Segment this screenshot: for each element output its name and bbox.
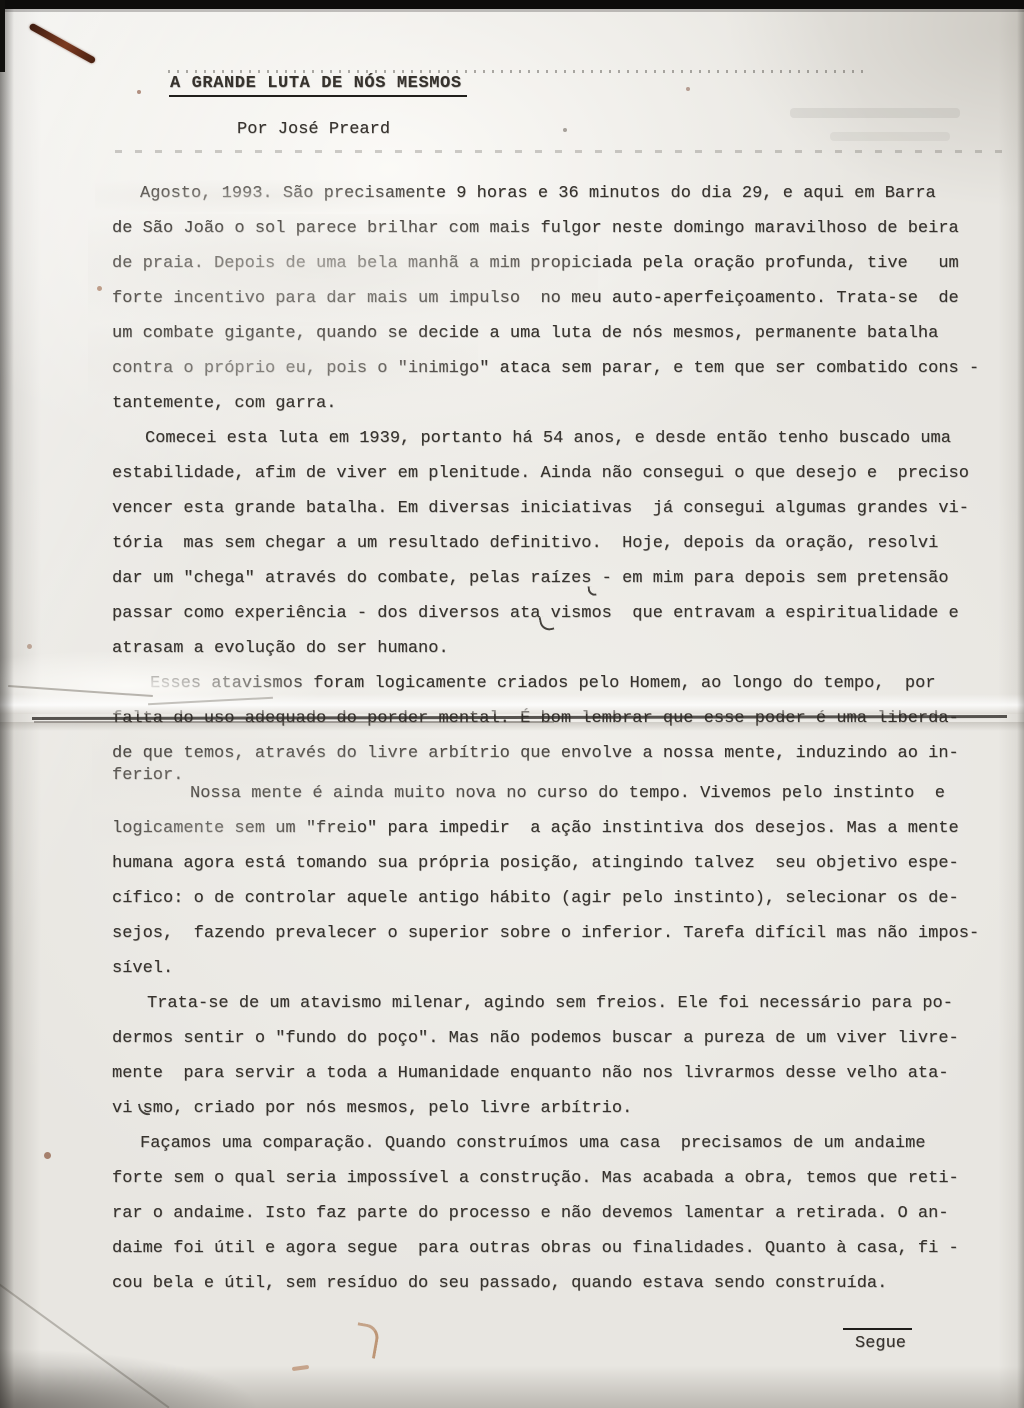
stain bbox=[352, 1322, 380, 1358]
text-line: tória mas sem chegar a um resultado defi… bbox=[112, 526, 1012, 561]
ink-speck bbox=[563, 128, 567, 132]
text-line: vencer esta grande batalha. Em diversas … bbox=[112, 491, 1012, 526]
scanned-document-page: A GRANDE LUTA DE NÓS MESMOS Por José Pre… bbox=[0, 0, 1024, 1408]
document-body: Agosto, 1993. São precisamente 9 horas e… bbox=[112, 176, 1012, 1301]
text-line: daime foi útil e agora segue para outras… bbox=[112, 1231, 1012, 1266]
scan-edge-top bbox=[0, 0, 1024, 9]
segue-label: Segue bbox=[843, 1328, 912, 1353]
text-line: forte incentivo para dar mais um impulso… bbox=[112, 281, 1012, 316]
paragraph: Nossa mente é ainda muito nova no curso … bbox=[112, 776, 1012, 986]
ghost-text-impression bbox=[790, 108, 960, 118]
paragraph: Trata-se de um atavismo milenar, agindo … bbox=[112, 986, 1012, 1126]
text-line: contra o próprio eu, pois o "inimigo" at… bbox=[112, 351, 1012, 386]
text-line: dermos sentir o "fundo do poço". Mas não… bbox=[112, 1021, 1012, 1056]
scan-edge-top-shadow bbox=[0, 9, 1024, 12]
text-line: cífico: o de controlar aquele antigo háb… bbox=[112, 881, 1012, 916]
ghost-dashed-line bbox=[115, 150, 1010, 153]
ink-speck bbox=[44, 1152, 51, 1159]
text-line: sejos, fazendo prevalecer o superior sob… bbox=[112, 916, 1012, 951]
text-line: mente para servir a toda a Humanidade en… bbox=[112, 1056, 1012, 1091]
text-line: de São João o sol parece brilhar com mai… bbox=[112, 211, 1012, 246]
text-line: Trata-se de um atavismo milenar, agindo … bbox=[112, 986, 1012, 1021]
stain bbox=[292, 1365, 309, 1371]
text-line: tantemente, com garra. bbox=[112, 386, 1012, 421]
text-line: de praia. Depois de uma bela manhã a mim… bbox=[112, 246, 1012, 281]
text-line: um combate gigante, quando se decide a u… bbox=[112, 316, 1012, 351]
scan-edge-left bbox=[0, 0, 14, 1408]
ink-speck bbox=[686, 87, 690, 91]
text-line: estabilidade, afim de viver em plenitude… bbox=[112, 456, 1012, 491]
text-line: rar o andaime. Isto faz parte do process… bbox=[112, 1196, 1012, 1231]
crease-shadow bbox=[0, 722, 1024, 731]
document-title: A GRANDE LUTA DE NÓS MESMOS bbox=[169, 74, 467, 97]
text-line: de que temos, através do livre arbítrio … bbox=[112, 736, 1012, 771]
text-line: dar um "chega" através do combate, pelas… bbox=[112, 561, 1012, 596]
text-line: humana agora está tomando sua própria po… bbox=[112, 846, 1012, 881]
text-line: Agosto, 1993. São precisamente 9 horas e… bbox=[112, 176, 1012, 211]
paragraph: Façamos uma comparação. Quando construím… bbox=[112, 1126, 1012, 1301]
text-line: Nossa mente é ainda muito nova no curso … bbox=[112, 776, 1012, 811]
text-line: cou bela e útil, sem resíduo do seu pass… bbox=[112, 1266, 1012, 1301]
text-line: Façamos uma comparação. Quando construím… bbox=[112, 1126, 1012, 1161]
ink-speck bbox=[97, 286, 102, 291]
text-line: sível. bbox=[112, 951, 1012, 986]
ink-speck bbox=[27, 644, 32, 649]
scan-edge-left-sliver bbox=[0, 0, 5, 72]
byline: Por José Preard bbox=[237, 120, 390, 139]
text-line: vi smo, criado por nós mesmos, pelo livr… bbox=[112, 1091, 1012, 1126]
text-line: forte sem o qual seria impossível a cons… bbox=[112, 1161, 1012, 1196]
scan-corner-shadow bbox=[0, 1348, 260, 1408]
text-line: Comecei esta luta em 1939, portanto há 5… bbox=[112, 421, 1012, 456]
scan-edge-right bbox=[1017, 0, 1024, 1408]
ghost-dotted-line bbox=[168, 70, 868, 73]
paragraph: Comecei esta luta em 1939, portanto há 5… bbox=[112, 421, 1012, 666]
text-line: logicamente sem um "freio" para impedir … bbox=[112, 811, 1012, 846]
pen-mark bbox=[28, 22, 96, 64]
ghost-text-impression bbox=[830, 132, 950, 141]
text-line: passar como experiência - dos diversos a… bbox=[112, 596, 1012, 631]
ink-speck bbox=[137, 90, 141, 94]
paragraph: Agosto, 1993. São precisamente 9 horas e… bbox=[112, 176, 1012, 421]
